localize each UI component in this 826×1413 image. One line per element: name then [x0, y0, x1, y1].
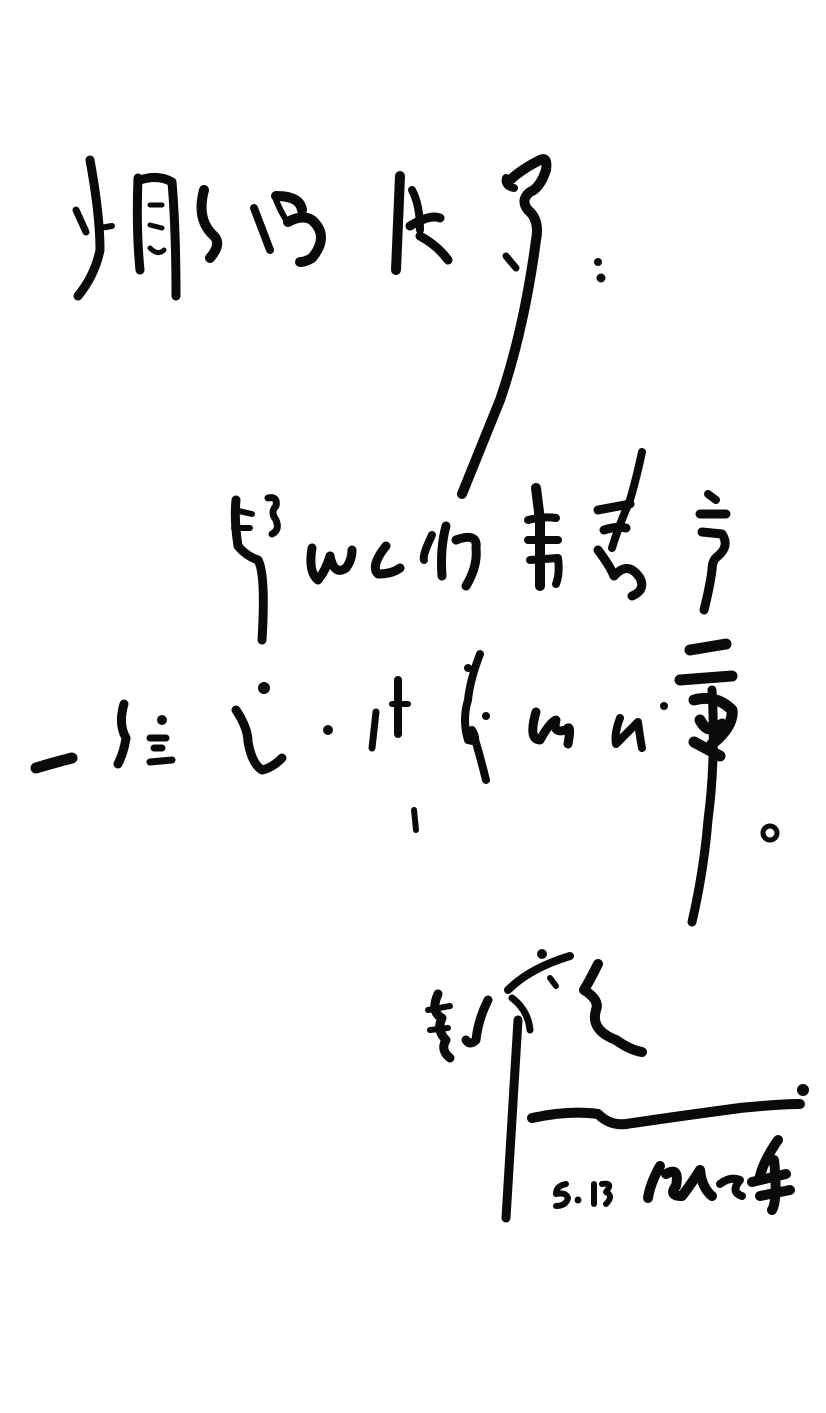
calligraphy-strokes	[0, 0, 826, 1413]
signature-calligraphy	[428, 949, 809, 1218]
salutation-calligraphy	[76, 159, 606, 494]
body-line-1-calligraphy	[234, 452, 726, 640]
body-line-2-calligraphy	[36, 644, 777, 922]
letter-page: 湘之河波罗： 帮助人们青春常 一往无前，做好事情。 毛泽东 5.12	[0, 0, 826, 1413]
